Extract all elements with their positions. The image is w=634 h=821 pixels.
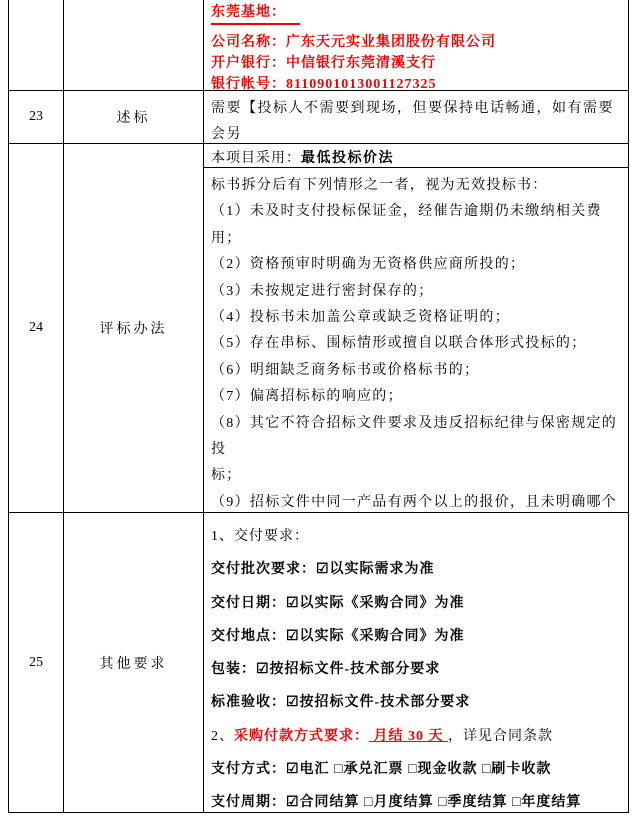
- base-title: 东莞基地：: [211, 2, 300, 25]
- row-label-pingbiao-banfa: 评标办法: [64, 143, 204, 512]
- delivery-date-line: 交付日期：☑以实际《采购合同》为准: [211, 587, 622, 620]
- content-line: （2）资格预审时明确为无资格供应商所投的；: [211, 252, 622, 278]
- row-number-25: 25: [9, 512, 64, 812]
- row-number-23: 23: [9, 90, 64, 143]
- row-label-shubiao: 述标: [64, 90, 204, 143]
- delivery-title-line: 1、交付要求：: [211, 520, 622, 553]
- acceptance-line: 标准验收：☑按招标文件-技术部分要求: [211, 686, 622, 719]
- payment-prefix: 2、: [211, 729, 234, 744]
- method-value: 最低投标价法: [301, 151, 394, 166]
- content-line: 标；: [211, 463, 622, 489]
- content-line: 标书拆分后有下列情形之一者，视为无效投标书：: [211, 173, 622, 199]
- content-line: （1）未及时支付投标保证金，经催告逾期仍未缴纳相关费用；: [211, 199, 622, 252]
- company-name-line: 公司名称：广东天元实业集团股份有限公司: [211, 32, 622, 53]
- invalid-bid-list: 标书拆分后有下列情形之一者，视为无效投标书： （1）未及时支付投标保证金，经催告…: [204, 168, 628, 512]
- continuation-content-cell: 东莞基地： 公司名称：广东天元实业集团股份有限公司 开户银行：中信银行东莞清溪支…: [204, 0, 629, 90]
- row-label-qita-yaoqiu: 其他要求: [64, 512, 204, 812]
- bank-account-line: 银行帐号：8110901013001127325: [211, 74, 622, 90]
- delivery-batch-line: 交付批次要求：☑以实际需求为准: [211, 553, 622, 586]
- row24-content-cell: 本项目采用：最低投标价法 标书拆分后有下列情形之一者，视为无效投标书： （1）未…: [204, 143, 629, 512]
- content-line: 需要【投标人不需要到现场，但要保持电话畅通，如有需要会另: [211, 96, 622, 143]
- content-line: （3）未按规定进行密封保存的；: [211, 279, 622, 305]
- content-line: （8）其它不符合招标文件要求及违反招标纪律与保密规定的投: [211, 411, 622, 464]
- bank-name-line: 开户银行：中信银行东莞清溪支行: [211, 53, 622, 74]
- content-line: （5）存在串标、围标情形或擅自以联合体形式投标的；: [211, 331, 622, 357]
- payment-label: 采购付款方式要求：: [234, 729, 369, 744]
- payment-value: 月结 30 天: [369, 729, 448, 744]
- document-page: 东莞基地： 公司名称：广东天元实业集团股份有限公司 开户银行：中信银行东莞清溪支…: [0, 0, 634, 821]
- payment-suffix: ，详见合同条款: [448, 729, 553, 744]
- packaging-line: 包装：☑按招标文件-技术部分要求: [211, 653, 622, 686]
- continuation-number-cell: [9, 0, 64, 90]
- row23-content-cell: 需要【投标人不需要到现场，但要保持电话畅通，如有需要会另 行电话通知】: [204, 90, 629, 143]
- content-line: （6）明细缺乏商务标书或价格标书的；: [211, 358, 622, 384]
- pay-method-line: 支付方式：☑电汇 □承兑汇票 □现金收款 □刷卡收款: [211, 753, 622, 786]
- content-line: （4）投标书未加盖公章或缺乏资格证明的；: [211, 305, 622, 331]
- payment-terms-line: 2、采购付款方式要求： 月结 30 天 ，详见合同条款: [211, 720, 622, 753]
- delivery-place-line: 交付地点：☑以实际《采购合同》为准: [211, 620, 622, 653]
- content-line: （7）偏离招标标的响应的；: [211, 384, 622, 410]
- method-label: 本项目采用：: [211, 151, 301, 166]
- row25-content-cell: 1、交付要求： 交付批次要求：☑以实际需求为准 交付日期：☑以实际《采购合同》为…: [204, 512, 629, 812]
- content-line: （9）招标文件中同一产品有两个以上的报价，且未明确哪个报价: [211, 490, 622, 512]
- continuation-label-cell: [64, 0, 204, 90]
- pay-cycle-line: 支付周期：☑合同结算 □月度结算 □季度结算 □年度结算: [211, 786, 622, 812]
- bid-terms-table: 东莞基地： 公司名称：广东天元实业集团股份有限公司 开户银行：中信银行东莞清溪支…: [8, 0, 629, 813]
- row-number-24: 24: [9, 143, 64, 512]
- evaluation-method-line: 本项目采用：最低投标价法: [204, 144, 628, 168]
